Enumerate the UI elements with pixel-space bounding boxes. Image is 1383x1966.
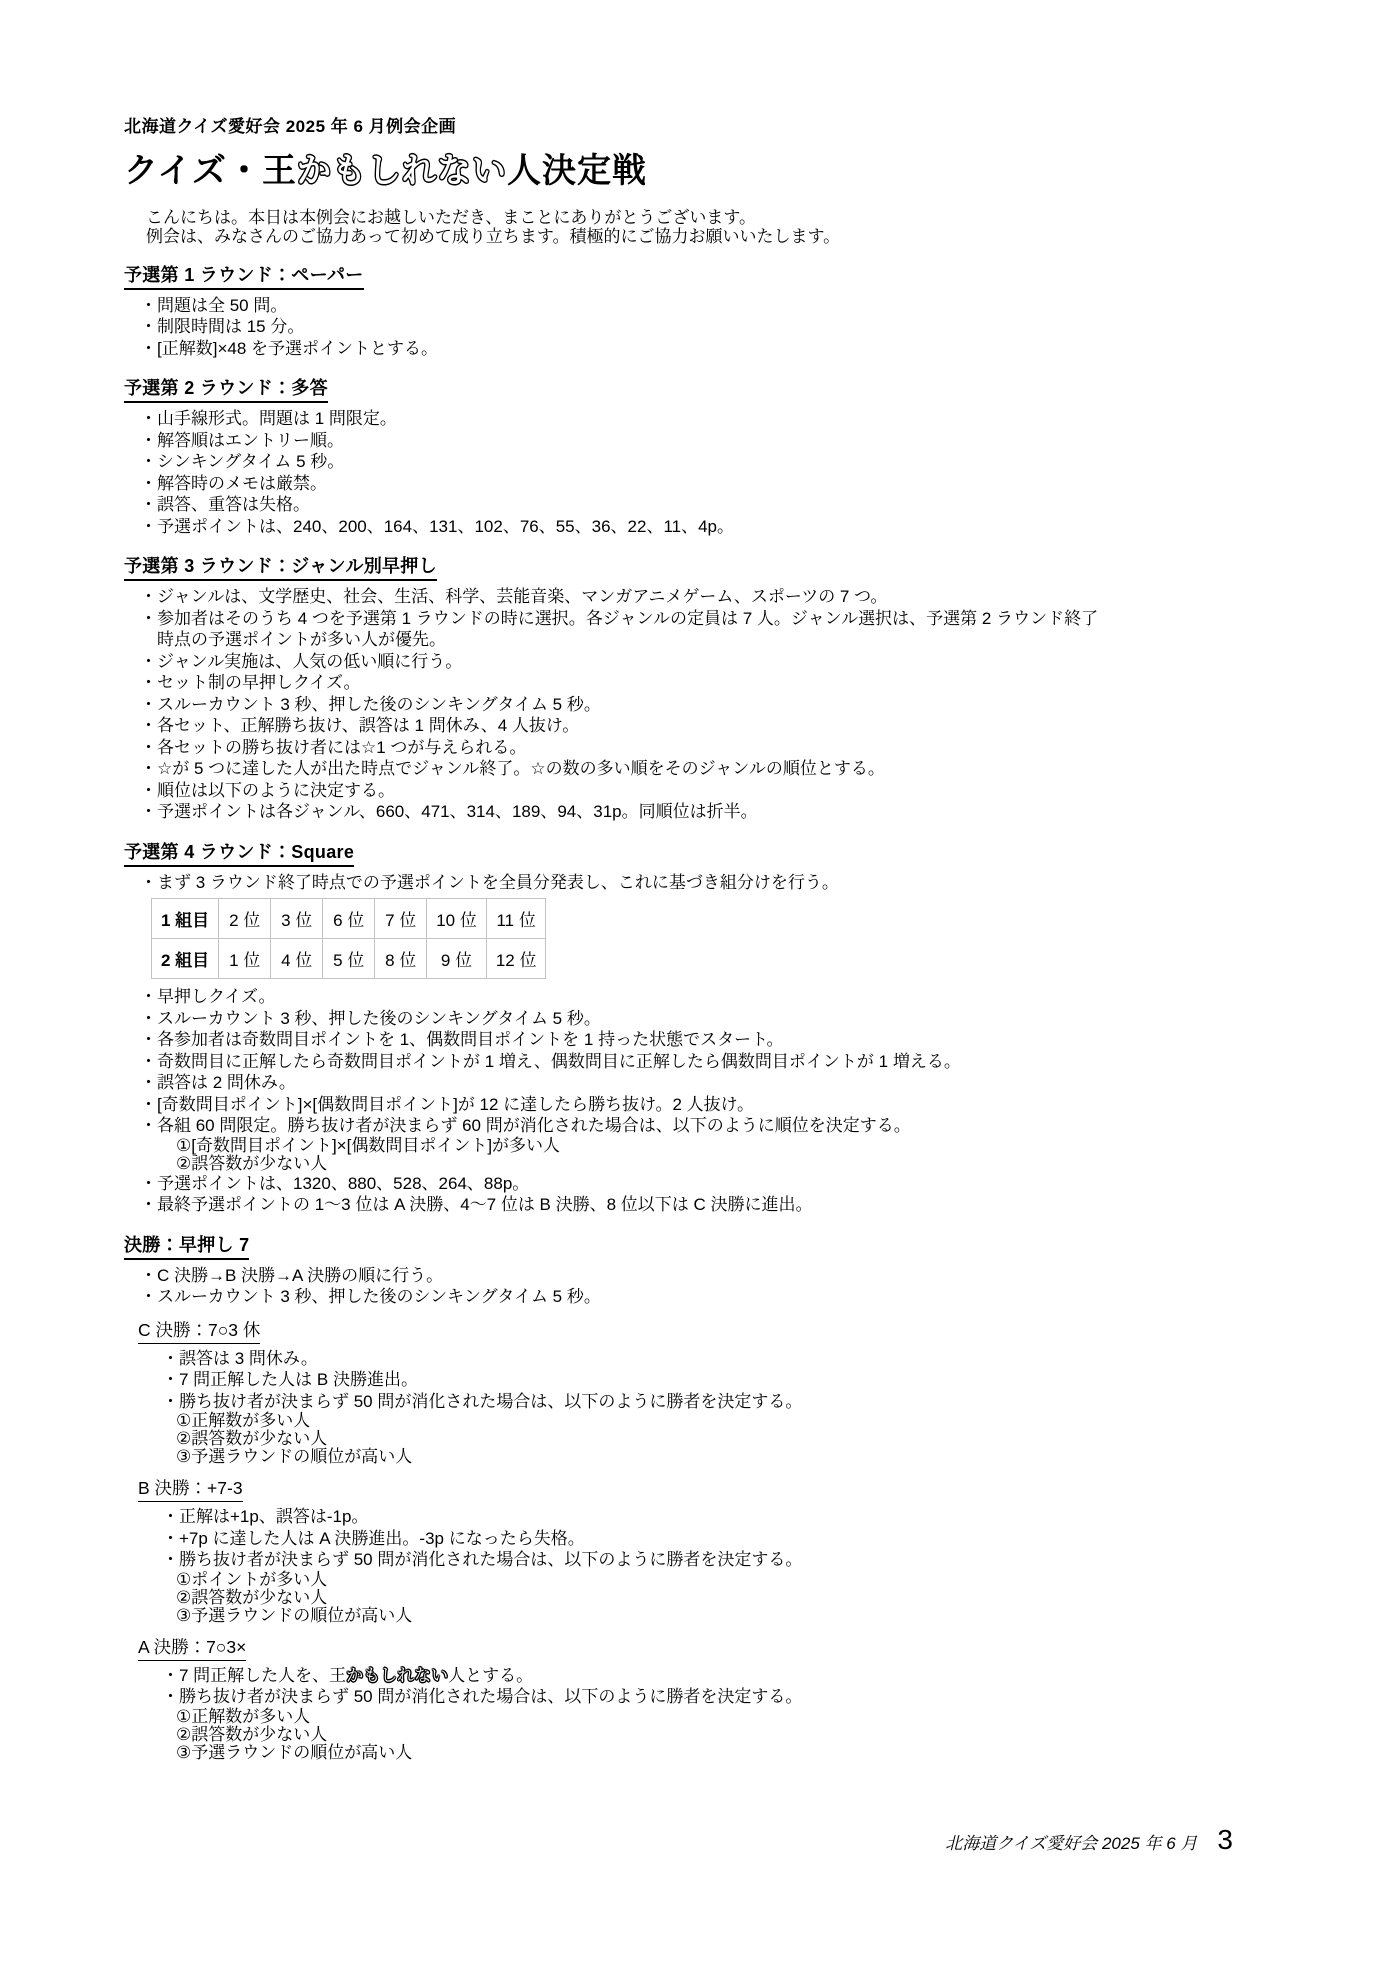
numbered-criteria-item: ①ポイントが多い人 [176, 1571, 1293, 1589]
bullet-item: ・最終予選ポイントの 1〜3 位は A 決勝、4〜7 位は B 決勝、8 位以下… [140, 1194, 1293, 1216]
bullet-text: ☆が 5 つに達した人が出た時点でジャンル終了。☆の数の多い順をそのジャンルの順… [157, 758, 1293, 780]
round-section-heading: 予選第 1 ラウンド：ペーパー [124, 261, 364, 290]
bullet-item: ・ジャンル実施は、人気の低い順に行う。 [140, 651, 1293, 673]
bullet-dot: ・ [162, 1665, 179, 1687]
bullet-text: 勝ち抜け者が決まらず 50 問が消化された場合は、以下のように勝者を決定する。 [179, 1391, 1293, 1413]
bullet-item: ・問題は全 50 問。 [140, 295, 1293, 317]
rank-cell: 7 位 [375, 899, 427, 939]
bullet-text: シンキングタイム 5 秒。 [157, 451, 1293, 473]
bullet-dot: ・ [140, 1072, 157, 1094]
bullet-text: スルーカウント 3 秒、押した後のシンキングタイム 5 秒。 [157, 694, 1293, 716]
bullet-text: ジャンルは、文学歴史、社会、生活、科学、芸能音楽、マンガアニメゲーム、スポーツの… [157, 586, 1293, 608]
group-label-cell: 1 組目 [152, 899, 219, 939]
bullet-text: 7 問正解した人を、王かもしれない人とする。 [179, 1665, 1293, 1687]
bullet-text: [奇数問目ポイント]×[偶数問目ポイント]が 12 に達したら勝ち抜け。2 人抜… [157, 1094, 1293, 1116]
numbered-criteria-item: ②誤答数が少ない人 [176, 1726, 1293, 1744]
bullet-text: セット制の早押しクイズ。 [157, 672, 1293, 694]
bullet-text-part: 7 問正解した人を、王 [179, 1666, 346, 1685]
bullet-text: 勝ち抜け者が決まらず 50 問が消化された場合は、以下のように勝者を決定する。 [179, 1549, 1293, 1571]
bullet-text: 予選ポイントは、240、200、164、131、102、76、55、36、22、… [157, 516, 1293, 538]
bullet-dot: ・ [140, 316, 157, 338]
final-stage-subheading: C 決勝：7○3 休 [138, 1317, 260, 1344]
rank-cell: 4 位 [271, 939, 323, 979]
numbered-criteria-item: ③予選ラウンドの順位が高い人 [176, 1744, 1293, 1762]
bullet-text: まず 3 ラウンド終了時点での予選ポイントを全員分発表し、これに基づき組分けを行… [157, 872, 1293, 894]
bullet-item: ・早押しクイズ。 [140, 986, 1293, 1008]
bullet-dot: ・ [140, 1029, 157, 1051]
bullet-dot: ・ [140, 494, 157, 516]
bullet-text: C 決勝→B 決勝→A 決勝の順に行う。 [157, 1265, 1293, 1287]
bullet-item: ・[正解数]×48 を予選ポイントとする。 [140, 338, 1293, 360]
bullet-text: +7p に達した人は A 決勝進出。-3p になったら失格。 [179, 1528, 1293, 1550]
greeting-paragraph: こんにちは。本日は本例会にお越しいただき、まことにありがとうございます。 例会は… [146, 208, 1293, 246]
bullet-item: ・参加者はそのうち 4 つを予選第 1 ラウンドの時に選択。各ジャンルの定員は … [140, 608, 1293, 651]
bullet-dot: ・ [162, 1528, 179, 1550]
bullet-item: ・勝ち抜け者が決まらず 50 問が消化された場合は、以下のように勝者を決定する。 [162, 1391, 1293, 1413]
bullet-text: 各参加者は奇数問目ポイントを 1、偶数問目ポイントを 1 持った状態でスタート。 [157, 1029, 1293, 1051]
bullet-text: [正解数]×48 を予選ポイントとする。 [157, 338, 1293, 360]
bullet-item: ・[奇数問目ポイント]×[偶数問目ポイント]が 12 に達したら勝ち抜け。2 人… [140, 1094, 1293, 1116]
round-section: 予選第 2 ラウンド：多答・山手線形式。問題は 1 問限定。・解答順はエントリー… [124, 374, 1293, 537]
round-section: 予選第 1 ラウンド：ペーパー・問題は全 50 問。・制限時間は 15 分。・[… [124, 261, 1293, 360]
bullet-text: 誤答、重答は失格。 [157, 494, 1293, 516]
bullet-text: 各セット、正解勝ち抜け、誤答は 1 問休み、4 人抜け。 [157, 715, 1293, 737]
bullet-dot: ・ [140, 295, 157, 317]
numbered-criteria-item: ①[奇数問目ポイント]×[偶数問目ポイント]が多い人 [176, 1137, 1293, 1155]
bullet-dot: ・ [140, 780, 157, 802]
bullet-dot: ・ [140, 1051, 157, 1073]
bullet-text: スルーカウント 3 秒、押した後のシンキングタイム 5 秒。 [157, 1008, 1293, 1030]
bullet-dot: ・ [140, 608, 157, 651]
bullet-item: ・誤答は 3 問休み。 [162, 1348, 1293, 1370]
outline-text: かもしれない [346, 1666, 448, 1685]
grouping-table: 1 組目2 位3 位6 位7 位10 位11 位2 組目1 位4 位5 位8 位… [151, 898, 546, 979]
bullet-text: 勝ち抜け者が決まらず 50 問が消化された場合は、以下のように勝者を決定する。 [179, 1686, 1293, 1708]
rank-cell: 12 位 [486, 939, 546, 979]
bullet-text: 問題は全 50 問。 [157, 295, 1293, 317]
bullet-item: ・スルーカウント 3 秒、押した後のシンキングタイム 5 秒。 [140, 1286, 1293, 1308]
numbered-criteria-item: ③予選ラウンドの順位が高い人 [176, 1607, 1293, 1625]
bullet-item: ・制限時間は 15 分。 [140, 316, 1293, 338]
final-stage-subheading: B 決勝：+7-3 [138, 1475, 243, 1502]
rank-cell: 10 位 [427, 899, 487, 939]
bullet-dot: ・ [140, 473, 157, 495]
bullet-item: ・☆が 5 つに達した人が出た時点でジャンル終了。☆の数の多い順をそのジャンルの… [140, 758, 1293, 780]
bullet-item: ・奇数問目に正解したら奇数問目ポイントが 1 増え、偶数問目に正解したら偶数問目… [140, 1051, 1293, 1073]
round-section: 予選第 3 ラウンド：ジャンル別早押し・ジャンルは、文学歴史、社会、生活、科学、… [124, 552, 1293, 823]
round-section-heading: 予選第 4 ラウンド：Square [124, 838, 354, 867]
bullet-item: ・まず 3 ラウンド終了時点での予選ポイントを全員分発表し、これに基づき組分けを… [140, 872, 1293, 894]
bullet-dot: ・ [140, 1286, 157, 1308]
grouping-table-row: 2 組目1 位4 位5 位8 位9 位12 位 [152, 939, 546, 979]
footer-credit: 北海道クイズ愛好会 2025 年 6 月 [945, 1829, 1197, 1854]
bullet-dot: ・ [140, 516, 157, 538]
bullet-item: ・山手線形式。問題は 1 問限定。 [140, 408, 1293, 430]
bullet-dot: ・ [162, 1391, 179, 1413]
group-label-cell: 2 組目 [152, 939, 219, 979]
numbered-criteria-item: ①正解数が多い人 [176, 1708, 1293, 1726]
bullet-text: 最終予選ポイントの 1〜3 位は A 決勝、4〜7 位は B 決勝、8 位以下は… [157, 1194, 1293, 1216]
round-section-heading: 予選第 3 ラウンド：ジャンル別早押し [124, 552, 437, 581]
bullet-item: ・各セットの勝ち抜け者には☆1 つが与えられる。 [140, 737, 1293, 759]
bullet-item: ・スルーカウント 3 秒、押した後のシンキングタイム 5 秒。 [140, 1008, 1293, 1030]
bullet-item: ・スルーカウント 3 秒、押した後のシンキングタイム 5 秒。 [140, 694, 1293, 716]
bullet-dot: ・ [140, 758, 157, 780]
bullet-item: ・セット制の早押しクイズ。 [140, 672, 1293, 694]
bullet-text: スルーカウント 3 秒、押した後のシンキングタイム 5 秒。 [157, 1286, 1293, 1308]
bullet-text: 予選ポイントは、1320、880、528、264、88p。 [157, 1173, 1293, 1195]
bullet-item: ・各組 60 問限定。勝ち抜け者が決まらず 60 問が消化された場合は、以下のよ… [140, 1115, 1293, 1137]
page-footer: 北海道クイズ愛好会 2025 年 6 月 3 [945, 1824, 1233, 1856]
bullet-item: ・順位は以下のように決定する。 [140, 780, 1293, 802]
numbered-criteria-item: ②誤答数が少ない人 [176, 1430, 1293, 1448]
bullet-text: ジャンル実施は、人気の低い順に行う。 [157, 651, 1293, 673]
bullet-item: ・+7p に達した人は A 決勝進出。-3p になったら失格。 [162, 1528, 1293, 1550]
bullet-dot: ・ [140, 338, 157, 360]
bullet-text: 山手線形式。問題は 1 問限定。 [157, 408, 1293, 430]
bullet-dot: ・ [140, 1194, 157, 1216]
rank-cell: 9 位 [427, 939, 487, 979]
rank-cell: 8 位 [375, 939, 427, 979]
bullet-dot: ・ [162, 1549, 179, 1571]
bullet-text: 各セットの勝ち抜け者には☆1 つが与えられる。 [157, 737, 1293, 759]
bullet-dot: ・ [140, 408, 157, 430]
bullet-dot: ・ [140, 1115, 157, 1137]
bullet-text: 7 問正解した人は B 決勝進出。 [179, 1369, 1293, 1391]
bullet-dot: ・ [140, 430, 157, 452]
page-number: 3 [1217, 1824, 1233, 1856]
bullet-dot: ・ [162, 1506, 179, 1528]
title-prefix: クイズ・王 [124, 152, 297, 190]
bullet-item: ・予選ポイントは各ジャンル、660、471、314、189、94、31p。同順位… [140, 801, 1293, 823]
bullet-dot: ・ [140, 715, 157, 737]
bullet-text: 順位は以下のように決定する。 [157, 780, 1293, 802]
bullet-text-line: 参加者はそのうち 4 つを予選第 1 ラウンドの時に選択。各ジャンルの定員は 7… [157, 608, 1293, 630]
rank-cell: 5 位 [323, 939, 375, 979]
title-outline-text: かもしれない [297, 152, 507, 190]
bullet-item: ・予選ポイントは、1320、880、528、264、88p。 [140, 1173, 1293, 1195]
greeting-line-1: こんにちは。本日は本例会にお越しいただき、まことにありがとうございます。 [146, 208, 1293, 227]
bullet-dot: ・ [140, 451, 157, 473]
round-section-heading: 決勝：早押し 7 [124, 1231, 249, 1260]
grouping-table-row: 1 組目2 位3 位6 位7 位10 位11 位 [152, 899, 546, 939]
bullet-item: ・各参加者は奇数問目ポイントを 1、偶数問目ポイントを 1 持った状態でスタート… [140, 1029, 1293, 1051]
greeting-line-2: 例会は、みなさんのご協力あって初めて成り立ちます。積極的にご協力お願いいたします… [146, 227, 1293, 246]
bullet-text: 正解は+1p、誤答は-1p。 [179, 1506, 1293, 1528]
bullet-item: ・シンキングタイム 5 秒。 [140, 451, 1293, 473]
bullet-item: ・各セット、正解勝ち抜け、誤答は 1 問休み、4 人抜け。 [140, 715, 1293, 737]
round-section: 予選第 4 ラウンド：Square・まず 3 ラウンド終了時点での予選ポイントを… [124, 838, 1293, 1216]
rank-cell: 11 位 [486, 899, 546, 939]
document-page: 北海道クイズ愛好会 2025 年 6 月例会企画 クイズ・王かもしれない人決定戦… [0, 0, 1383, 1966]
rank-cell: 6 位 [323, 899, 375, 939]
round-section-heading: 予選第 2 ラウンド：多答 [124, 374, 328, 403]
numbered-criteria-item: ②誤答数が少ない人 [176, 1155, 1293, 1173]
round-section: 決勝：早押し 7・C 決勝→B 決勝→A 決勝の順に行う。・スルーカウント 3 … [124, 1231, 1293, 1762]
bullet-dot: ・ [140, 801, 157, 823]
event-note: 北海道クイズ愛好会 2025 年 6 月例会企画 [124, 112, 1293, 137]
bullet-dot: ・ [140, 1265, 157, 1287]
final-stage-subheading: A 決勝：7○3× [138, 1634, 246, 1661]
title-suffix: 人決定戦 [507, 152, 647, 190]
bullet-text: 誤答は 2 問休み。 [157, 1072, 1293, 1094]
bullet-text: 誤答は 3 問休み。 [179, 1348, 1293, 1370]
bullet-text: 早押しクイズ。 [157, 986, 1293, 1008]
numbered-criteria-item: ①正解数が多い人 [176, 1412, 1293, 1430]
bullet-text: 解答順はエントリー順。 [157, 430, 1293, 452]
bullet-item: ・誤答、重答は失格。 [140, 494, 1293, 516]
document-title: クイズ・王かもしれない人決定戦 [124, 151, 1293, 192]
numbered-criteria-item: ②誤答数が少ない人 [176, 1589, 1293, 1607]
bullet-text: 解答時のメモは厳禁。 [157, 473, 1293, 495]
bullet-item: ・解答時のメモは厳禁。 [140, 473, 1293, 495]
bullet-item: ・解答順はエントリー順。 [140, 430, 1293, 452]
bullet-dot: ・ [162, 1369, 179, 1391]
bullet-dot: ・ [140, 986, 157, 1008]
bullet-text: 各組 60 問限定。勝ち抜け者が決まらず 60 問が消化された場合は、以下のよう… [157, 1115, 1293, 1137]
bullet-dot: ・ [140, 694, 157, 716]
sections: 予選第 1 ラウンド：ペーパー・問題は全 50 問。・制限時間は 15 分。・[… [124, 261, 1293, 1762]
bullet-item: ・正解は+1p、誤答は-1p。 [162, 1506, 1293, 1528]
bullet-text-part: 人とする。 [448, 1666, 533, 1685]
bullet-dot: ・ [140, 1008, 157, 1030]
bullet-item: ・予選ポイントは、240、200、164、131、102、76、55、36、22… [140, 516, 1293, 538]
bullet-dot: ・ [140, 1094, 157, 1116]
bullet-text: 奇数問目に正解したら奇数問目ポイントが 1 増え、偶数問目に正解したら偶数問目ポ… [157, 1051, 1293, 1073]
bullet-item: ・誤答は 2 問休み。 [140, 1072, 1293, 1094]
rank-cell: 1 位 [219, 939, 271, 979]
bullet-dot: ・ [162, 1348, 179, 1370]
bullet-dot: ・ [140, 586, 157, 608]
bullet-dot: ・ [140, 737, 157, 759]
bullet-dot: ・ [140, 872, 157, 894]
rank-cell: 2 位 [219, 899, 271, 939]
bullet-text: 参加者はそのうち 4 つを予選第 1 ラウンドの時に選択。各ジャンルの定員は 7… [157, 608, 1293, 651]
bullet-dot: ・ [140, 672, 157, 694]
bullet-item: ・勝ち抜け者が決まらず 50 問が消化された場合は、以下のように勝者を決定する。 [162, 1686, 1293, 1708]
bullet-dot: ・ [140, 1173, 157, 1195]
bullet-text-line: 時点の予選ポイントが多い人が優先。 [157, 629, 1293, 651]
bullet-dot: ・ [140, 651, 157, 673]
bullet-item: ・勝ち抜け者が決まらず 50 問が消化された場合は、以下のように勝者を決定する。 [162, 1549, 1293, 1571]
bullet-item: ・7 問正解した人は B 決勝進出。 [162, 1369, 1293, 1391]
bullet-item: ・ジャンルは、文学歴史、社会、生活、科学、芸能音楽、マンガアニメゲーム、スポーツ… [140, 586, 1293, 608]
rank-cell: 3 位 [271, 899, 323, 939]
numbered-criteria-item: ③予選ラウンドの順位が高い人 [176, 1448, 1293, 1466]
bullet-item: ・C 決勝→B 決勝→A 決勝の順に行う。 [140, 1265, 1293, 1287]
bullet-text: 制限時間は 15 分。 [157, 316, 1293, 338]
bullet-text: 予選ポイントは各ジャンル、660、471、314、189、94、31p。同順位は… [157, 801, 1293, 823]
bullet-item: ・7 問正解した人を、王かもしれない人とする。 [162, 1665, 1293, 1687]
bullet-dot: ・ [162, 1686, 179, 1708]
